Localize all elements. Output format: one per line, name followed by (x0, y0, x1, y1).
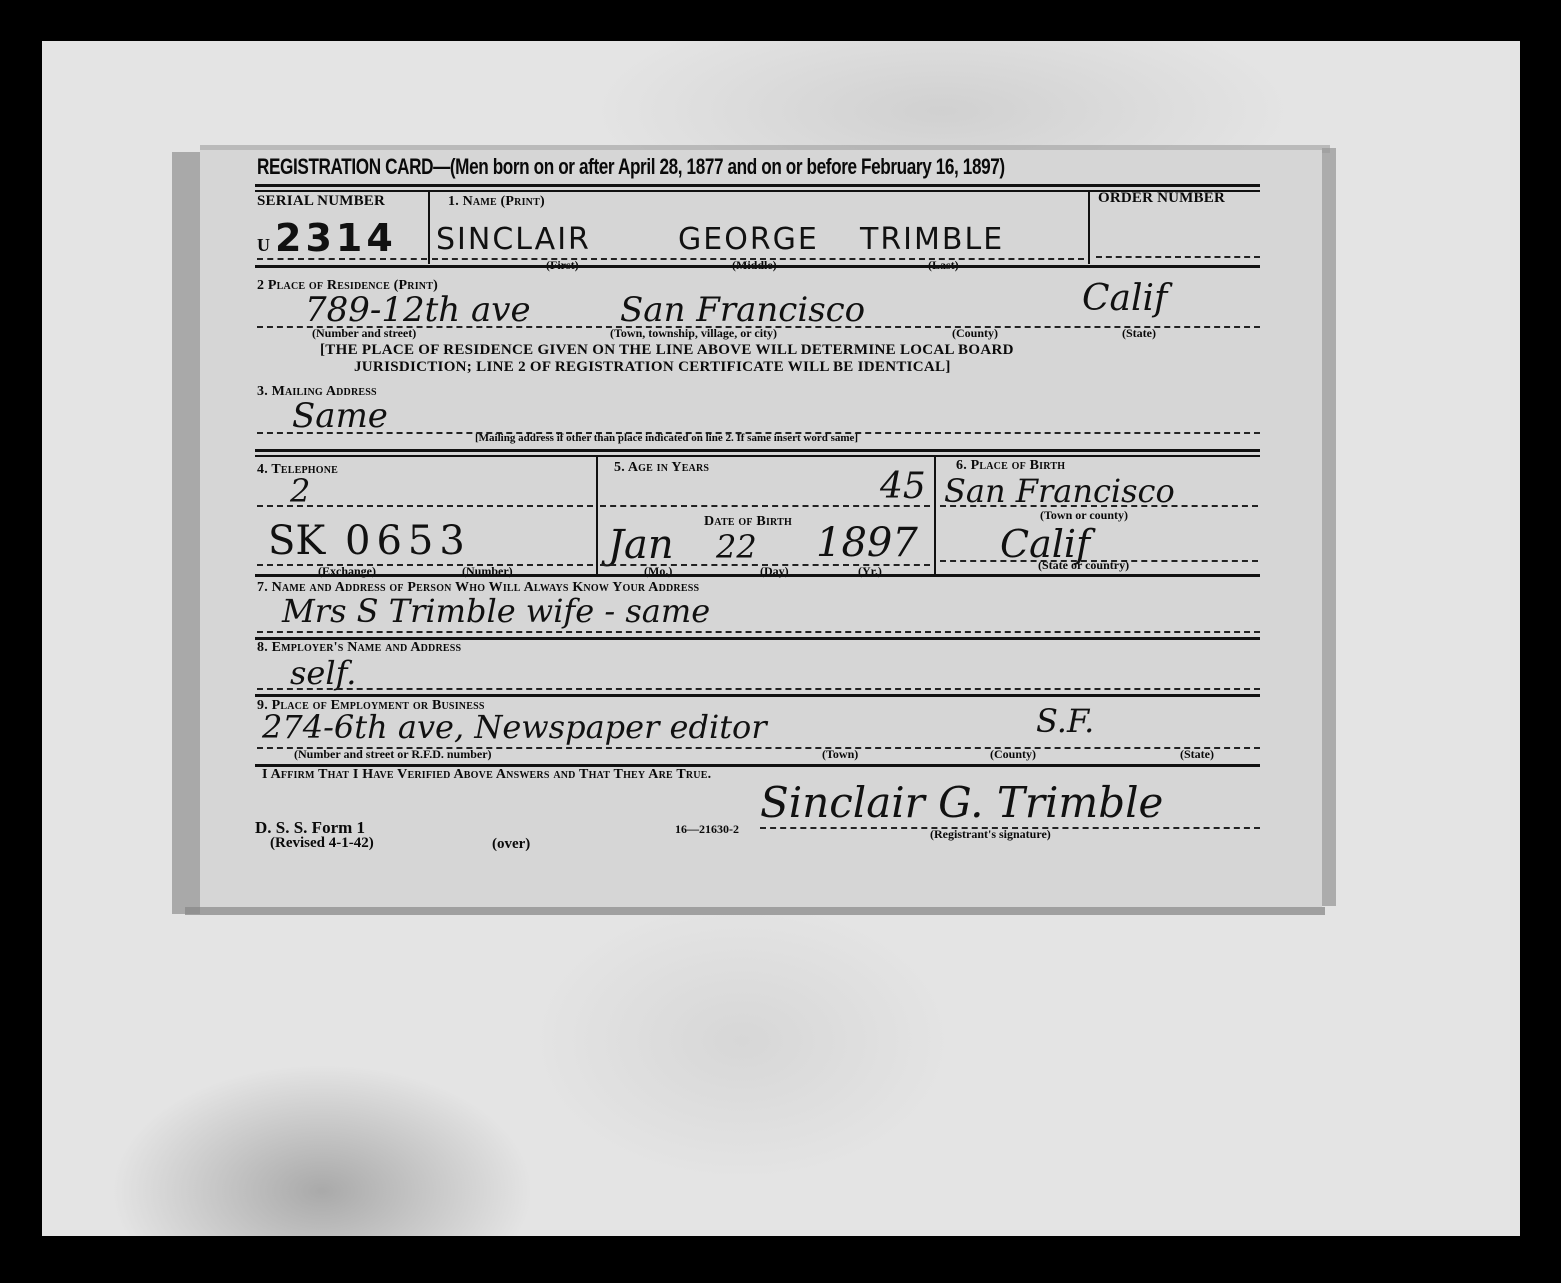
mailing-hint: [Mailing address if other than place ind… (475, 432, 858, 444)
form-revised: (Revised 4-1-42) (270, 835, 374, 852)
serial-prefix: U (257, 235, 270, 256)
name-middle: GEORGE (678, 222, 819, 257)
residence-state-label: (State) (1122, 326, 1156, 341)
age-divider (934, 456, 936, 576)
employment-street-label: (Number and street or R.F.D. number) (294, 747, 492, 762)
registrant-signature: Sinclair G. Trimble (760, 778, 1163, 827)
order-divider (1088, 190, 1090, 264)
age-value: 45 (880, 466, 926, 507)
age-line (600, 505, 930, 507)
dob-year: 1897 (816, 520, 918, 566)
serial-divider (428, 192, 430, 264)
residence-street-label: (Number and street) (312, 326, 416, 341)
employer-line (257, 688, 1260, 690)
contact-value: Mrs S Trimble wife - same (282, 592, 710, 630)
employment-town-label: (Town) (822, 747, 858, 762)
telephone-divider (596, 456, 598, 576)
birthplace-state-label: (State or country) (1038, 558, 1129, 573)
card-shadow-bottom (185, 907, 1325, 915)
employer-label: 8. Employer's Name and Address (257, 640, 461, 656)
name-last: TRIMBLE (860, 222, 1004, 257)
row8-rule (255, 694, 1260, 697)
employment-state-label: (State) (1180, 747, 1214, 762)
row3-rule-2 (255, 455, 1260, 457)
birthplace-town-line (940, 505, 1258, 507)
order-number-line (1096, 256, 1260, 258)
form-over: (over) (492, 836, 530, 853)
row6-rule (255, 574, 1260, 577)
affirmation-text: I Affirm That I Have Verified Above Answ… (262, 767, 711, 783)
telephone-exchange: SK (268, 518, 325, 564)
serial-line (257, 258, 427, 260)
residence-notice-line1: [THE PLACE OF RESIDENCE GIVEN ON THE LIN… (320, 342, 1014, 359)
telephone-line-1 (257, 505, 593, 507)
dob-month: Jan (608, 522, 674, 568)
row3-rule (255, 449, 1260, 452)
residence-notice-line2: JURISDICTION; LINE 2 OF REGISTRATION CER… (354, 359, 951, 376)
mailing-value: Same (292, 396, 388, 436)
telephone-line-2 (257, 564, 593, 566)
order-number-label: ORDER NUMBER (1098, 190, 1225, 207)
residence-state: Calif (1082, 278, 1167, 319)
telephone-number: 0653 (345, 518, 471, 564)
employment-county: S.F. (1036, 702, 1094, 740)
contact-line (257, 631, 1260, 633)
residence-county-label: (County) (952, 326, 998, 341)
employment-county-label: (County) (990, 747, 1036, 762)
age-label: 5. Age in Years (614, 460, 709, 476)
residence-town-label: (Town, township, village, or city) (610, 326, 777, 341)
form-code: 16—21630-2 (675, 822, 739, 837)
birthplace-town-label: (Town or county) (1040, 508, 1128, 523)
signature-label: (Registrant's signature) (930, 827, 1051, 842)
residence-street: 789-12th ave (305, 290, 531, 330)
serial-number-value: 2314 (275, 216, 397, 260)
serial-number-label: SERIAL NUMBER (257, 193, 385, 210)
row1-rule (255, 265, 1260, 268)
card-title: REGISTRATION CARD—(Men born on or after … (257, 154, 1005, 180)
registration-card: REGISTRATION CARD—(Men born on or after … (200, 150, 1322, 907)
name-first: SINCLAIR (436, 222, 591, 257)
dob-day: 22 (716, 528, 757, 566)
title-rule (255, 184, 1260, 187)
residence-town: San Francisco (620, 290, 865, 330)
card-shadow-left (172, 152, 200, 914)
card-shadow-right (1322, 148, 1336, 906)
name-label: 1. Name (Print) (448, 194, 545, 210)
employer-value: self. (290, 654, 356, 692)
employment-street: 274-6th ave, Newspaper editor (262, 708, 767, 746)
